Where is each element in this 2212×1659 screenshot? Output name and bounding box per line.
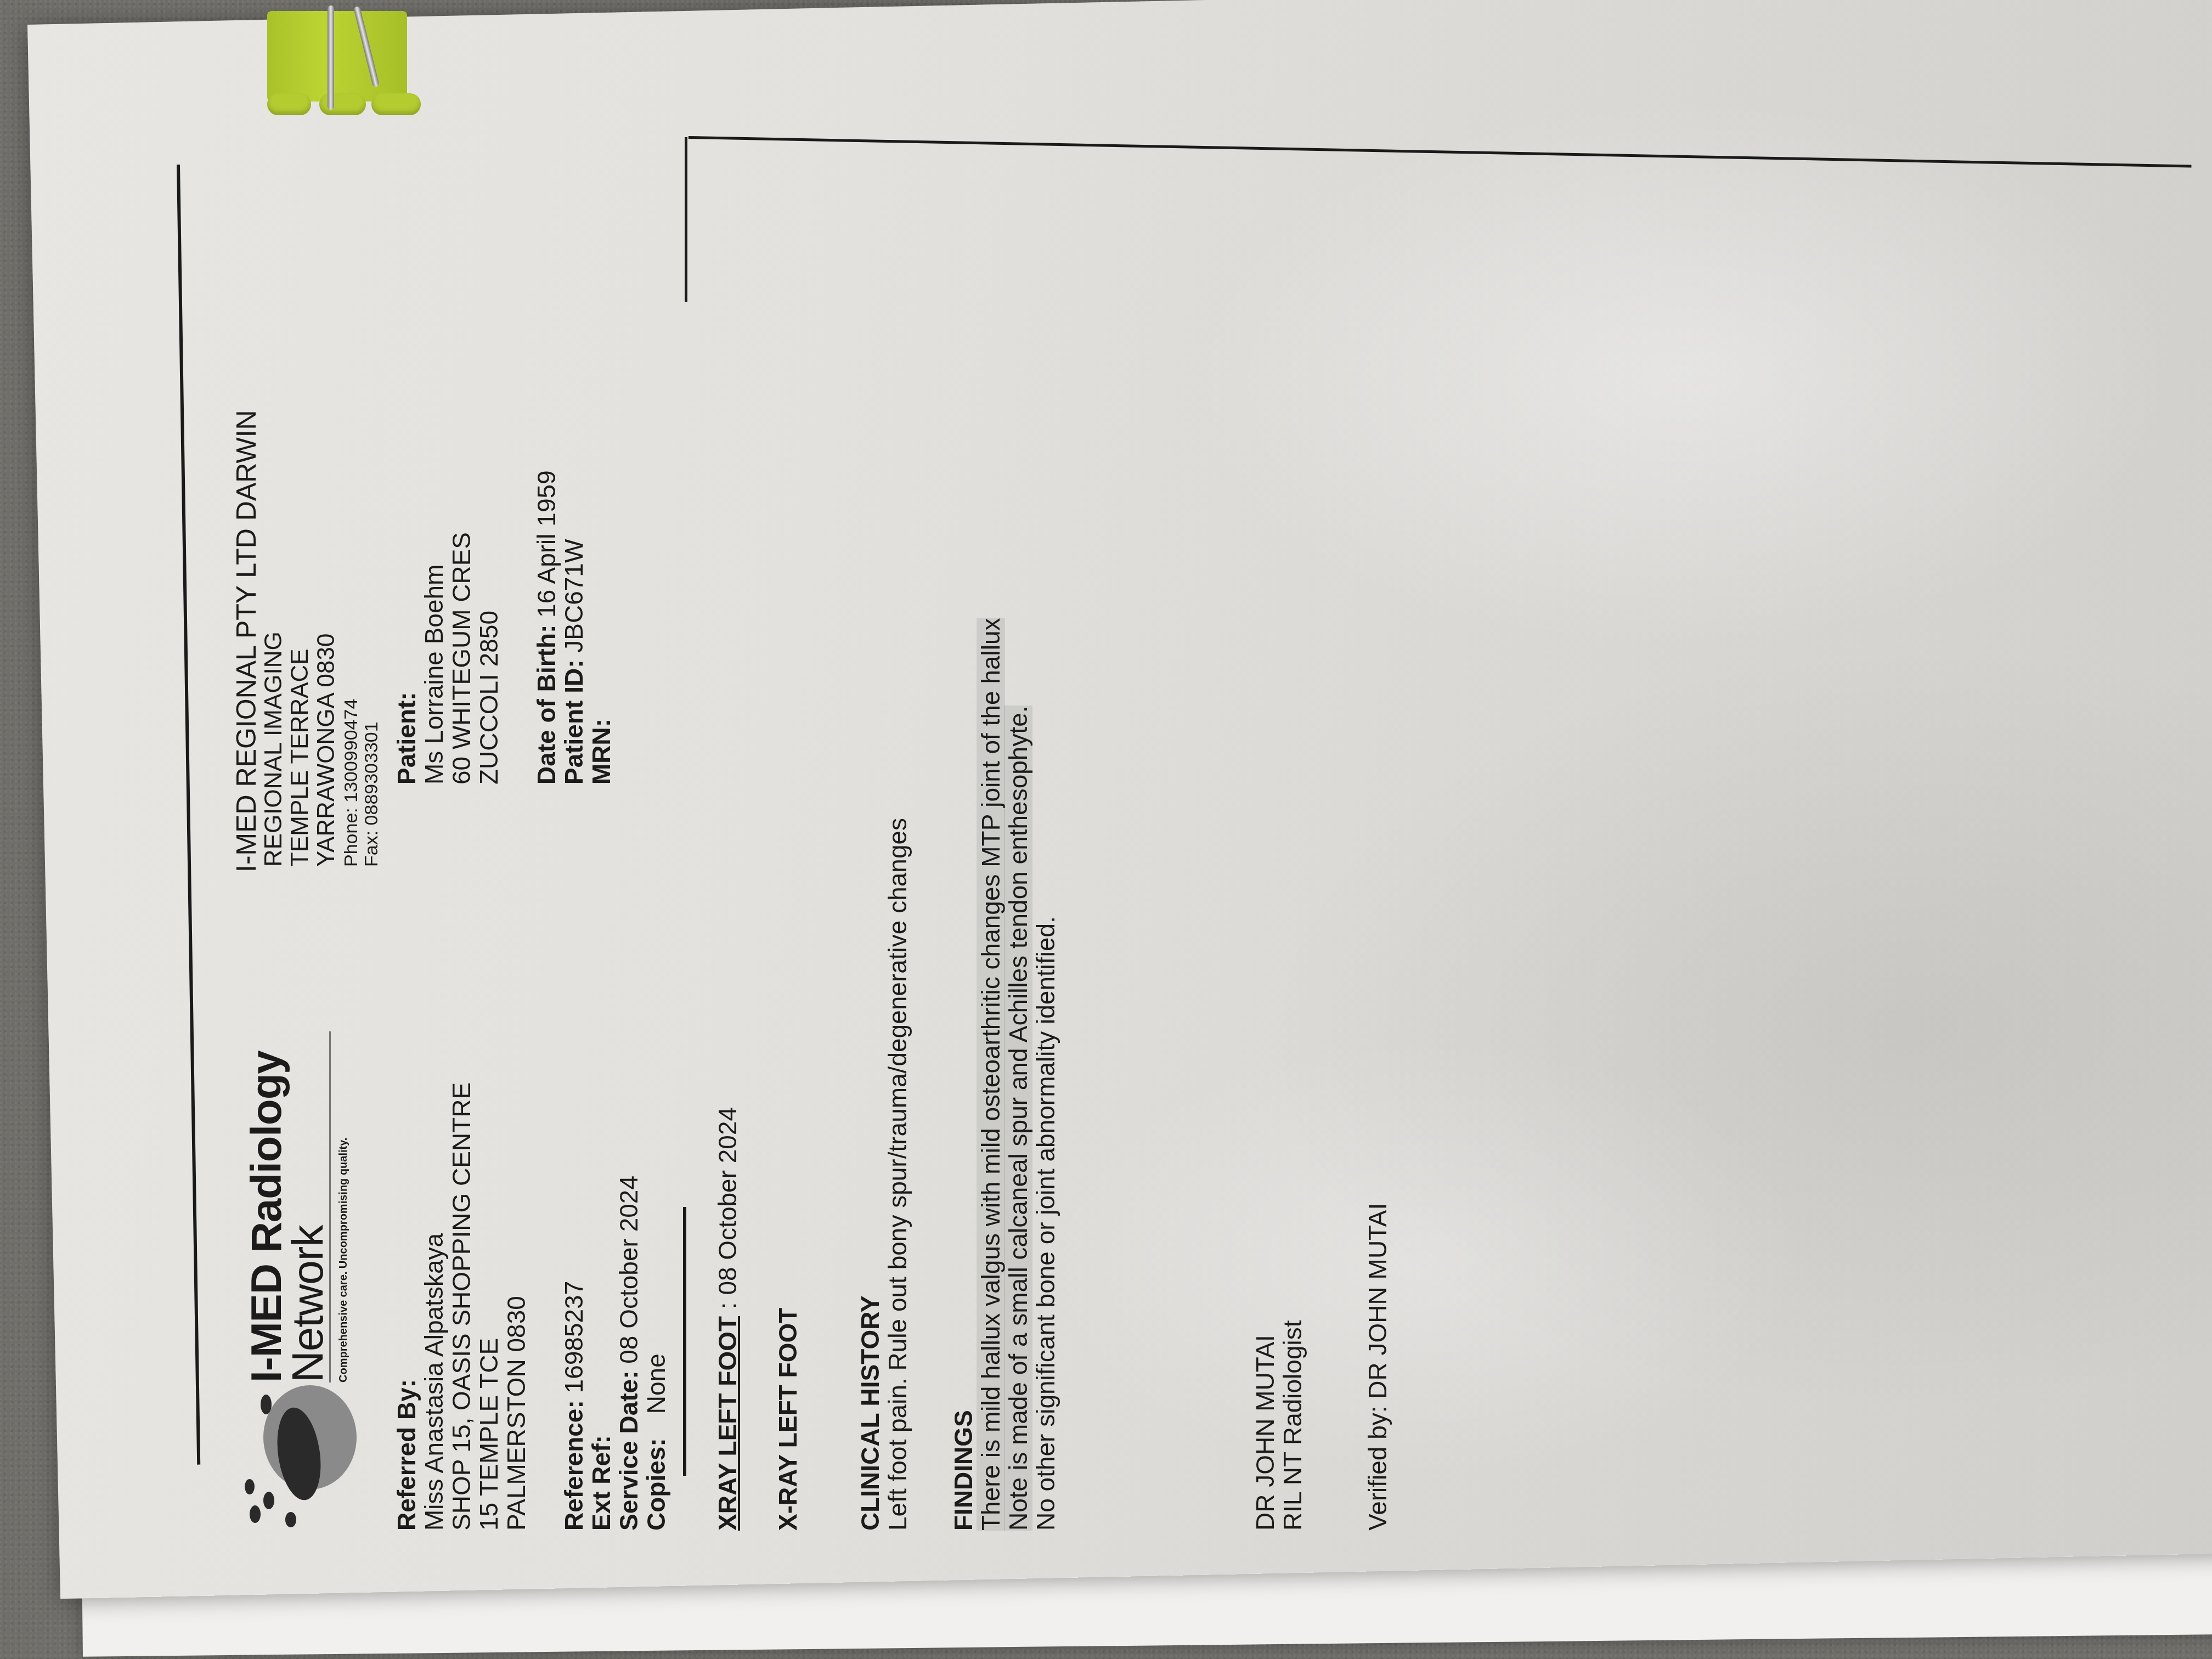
service-date-value: 08 October 2024 bbox=[614, 1176, 643, 1364]
practice-line-2: TEMPLE TERRACE bbox=[287, 648, 313, 867]
referrer-address-3: PALMERSTON 0830 bbox=[502, 1296, 531, 1531]
referred-by-label: Referred By: bbox=[392, 1379, 421, 1531]
patient-id-value: JBC671W bbox=[560, 539, 588, 653]
reference-value: 16985237 bbox=[560, 1281, 588, 1393]
patient-id-label: Patient ID: bbox=[560, 660, 588, 785]
findings-line-2: Note is made of a small calcaneal spur a… bbox=[1004, 706, 1032, 1531]
brand-tagline: Comprehensive care. Uncompromising quali… bbox=[337, 1138, 350, 1383]
clip-wire-left bbox=[328, 5, 334, 110]
practice-phone: Phone: 1300990474 bbox=[340, 699, 362, 867]
brand-divider bbox=[329, 1031, 331, 1383]
patient-name: Ms Lorraine Boehm bbox=[420, 565, 448, 785]
mrn-label: MRN: bbox=[587, 719, 616, 785]
practice-name: I-MED REGIONAL PTY LTD DARWIN bbox=[230, 410, 262, 872]
referrer-address-1: SHOP 15, OASIS SHOPPING CENTRE bbox=[447, 1082, 476, 1531]
report-document-body: CLINICAL HISTORY Left foot pain. Rule ou… bbox=[823, 126, 1426, 1531]
findings-heading: FINDINGS bbox=[949, 1410, 978, 1531]
radiologist-title: RIL NT Radiologist bbox=[1278, 1321, 1307, 1531]
referrer-address-2: 15 TEMPLE TCE bbox=[475, 1338, 503, 1531]
binder-clip-icon bbox=[267, 5, 421, 110]
clip-roll-right bbox=[371, 93, 421, 115]
copies-label: Copies: bbox=[642, 1421, 670, 1531]
patient-address-2: ZUCCOLI 2850 bbox=[475, 611, 503, 785]
report-document: I-MED Radiology Network Comprehensive ca… bbox=[208, 126, 812, 1531]
clinical-history-text: Left foot pain. Rule out bony spur/traum… bbox=[883, 818, 912, 1531]
practice-fax: Fax: 0889303301 bbox=[360, 721, 382, 867]
dob-label: Date of Birth: bbox=[532, 625, 561, 785]
exam-title: XRAY LEFT FOOT bbox=[713, 1316, 742, 1531]
exam-subtitle: X-RAY LEFT FOOT bbox=[774, 1308, 802, 1531]
exam-title-date: : 08 October 2024 bbox=[713, 1107, 742, 1309]
clip-roll-left bbox=[267, 93, 311, 115]
findings-line-3: No other significant bone or joint abnor… bbox=[1031, 916, 1060, 1531]
dob-value: 16 April 1959 bbox=[532, 470, 561, 618]
findings-line-1: There is mild hallux valgus with mild os… bbox=[977, 618, 1005, 1531]
radiologist-name: DR JOHN MUTAI bbox=[1251, 1335, 1279, 1531]
clip-body bbox=[267, 11, 407, 101]
clinical-history-heading: CLINICAL HISTORY bbox=[856, 1295, 884, 1531]
imed-foot-logo-icon bbox=[239, 1383, 370, 1531]
patient-address-1: 60 WHITEGUM CRES bbox=[447, 532, 476, 785]
referrer-name: Miss Anastasia Alpatskaya bbox=[420, 1233, 448, 1531]
copies-value: None bbox=[642, 1353, 670, 1414]
brand-network: Network bbox=[283, 1226, 333, 1383]
ext-ref-label: Ext Ref: bbox=[587, 1435, 616, 1531]
service-date-label: Service Date: bbox=[614, 1371, 643, 1531]
clip-roll-mid bbox=[319, 93, 366, 115]
reference-label: Reference: bbox=[560, 1400, 588, 1531]
patient-label: Patient: bbox=[392, 692, 421, 785]
practice-line-1: REGIONAL IMAGING bbox=[261, 631, 287, 867]
practice-line-3: YARRAWONGA 0830 bbox=[313, 634, 340, 867]
verified-by: Verified by: DR JOHN MUTAI bbox=[1363, 1203, 1392, 1531]
